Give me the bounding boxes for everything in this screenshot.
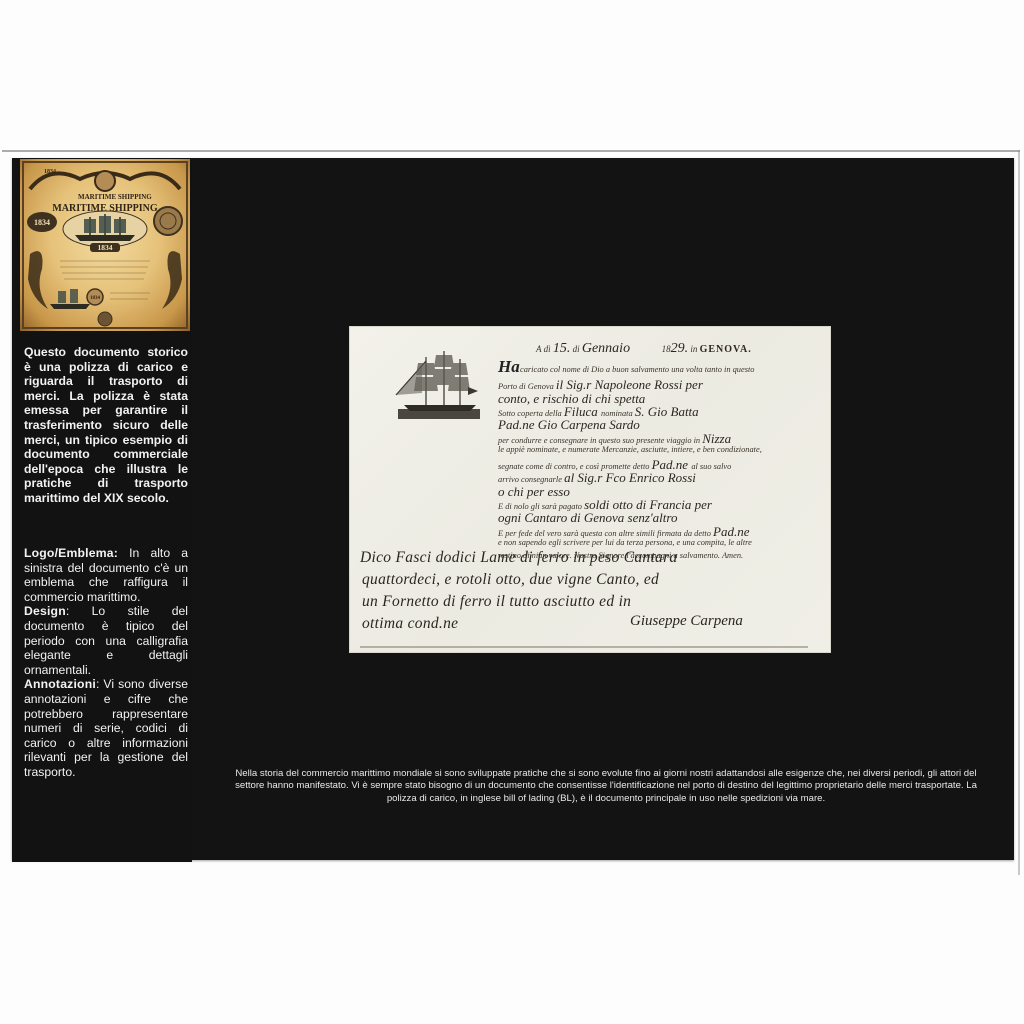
section-logo-label: Logo/Emblema: xyxy=(24,546,118,560)
handwritten-text: S. Gio Batta xyxy=(635,404,699,419)
date-in: in xyxy=(690,344,697,354)
printed-text: caricato col nome di Dio a buon salvamen… xyxy=(520,365,754,374)
date-day: 15. xyxy=(553,341,571,356)
emblem-year-top-left: 1834 xyxy=(44,169,56,175)
sidebar-intro-text: Questo documento storico è una polizza d… xyxy=(24,345,188,506)
printed-text: e non sapendo egli scrivere per lui da t… xyxy=(498,538,752,547)
document-dropcap: Ha xyxy=(498,357,520,377)
section-annotations: Annotazioni: Vi sono diverse annotazioni… xyxy=(24,677,188,779)
date-prefix: A dì xyxy=(536,344,551,354)
date-di: di xyxy=(573,344,580,354)
handwritten-text: al Sig.r Fco Enrico Rossi xyxy=(564,470,696,485)
date-year: 29. xyxy=(671,341,689,356)
page-top-rule xyxy=(2,150,1020,152)
document-line: e non sapendo egli scrivere per lui da t… xyxy=(498,537,752,547)
maritime-shipping-emblem: MARITIME SHIPPING MARITIME SHIPPING 1834… xyxy=(20,159,190,331)
emblem-year-left: 1834 xyxy=(34,218,50,227)
ship-engraving-icon xyxy=(392,347,484,423)
bill-of-lading-document: A dì 15. di Gennaio 1829. in GENOVA. Ha … xyxy=(350,327,830,652)
document-signature: Giuseppe Carpena xyxy=(630,613,743,630)
section-annotations-text: : Vi sono diverse annotazioni e cifre ch… xyxy=(24,677,188,779)
emblem-banner-text: MARITIME SHIPPING xyxy=(78,193,152,201)
page-right-rule xyxy=(1018,150,1020,875)
printed-text: le appiè nominate, e numerate Mercanzie,… xyxy=(498,445,762,454)
date-year-prefix: 18 xyxy=(662,344,671,354)
document-date-line: A dì 15. di Gennaio 1829. in GENOVA. xyxy=(536,341,752,357)
emblem-seal-number: 1834 xyxy=(90,296,101,301)
printed-text: al suo salvo xyxy=(691,462,731,471)
document-bottom-rule xyxy=(360,646,808,648)
emblem-year-center: 1834 xyxy=(98,243,113,252)
emblem-illustration: MARITIME SHIPPING MARITIME SHIPPING 1834… xyxy=(20,159,190,331)
document-line: le appiè nominate, e numerate Mercanzie,… xyxy=(498,444,762,454)
section-annotations-label: Annotazioni xyxy=(24,677,96,691)
section-design: Design: Lo stile del documento è tipico … xyxy=(24,604,188,677)
caption-text: Nella storia del commercio marittimo mon… xyxy=(226,768,986,805)
handwritten-line: ottima cond.ne xyxy=(362,615,458,633)
document-line: caricato col nome di Dio a buon salvamen… xyxy=(520,364,754,374)
handwritten-line: quattordeci, e rotoli otto, due vigne Ca… xyxy=(362,571,659,589)
sidebar-details: Logo/Emblema: In alto a sinistra del doc… xyxy=(24,546,188,780)
handwritten-line: un Fornetto di ferro il tutto asciutto e… xyxy=(362,593,631,611)
section-design-label: Design xyxy=(24,604,66,618)
document-city: GENOVA. xyxy=(700,344,752,355)
handwritten-line: Dico Fasci dodici Lame di ferro in peso … xyxy=(360,549,677,567)
date-month: Gennaio xyxy=(582,341,630,356)
section-logo: Logo/Emblema: In alto a sinistra del doc… xyxy=(24,546,188,604)
